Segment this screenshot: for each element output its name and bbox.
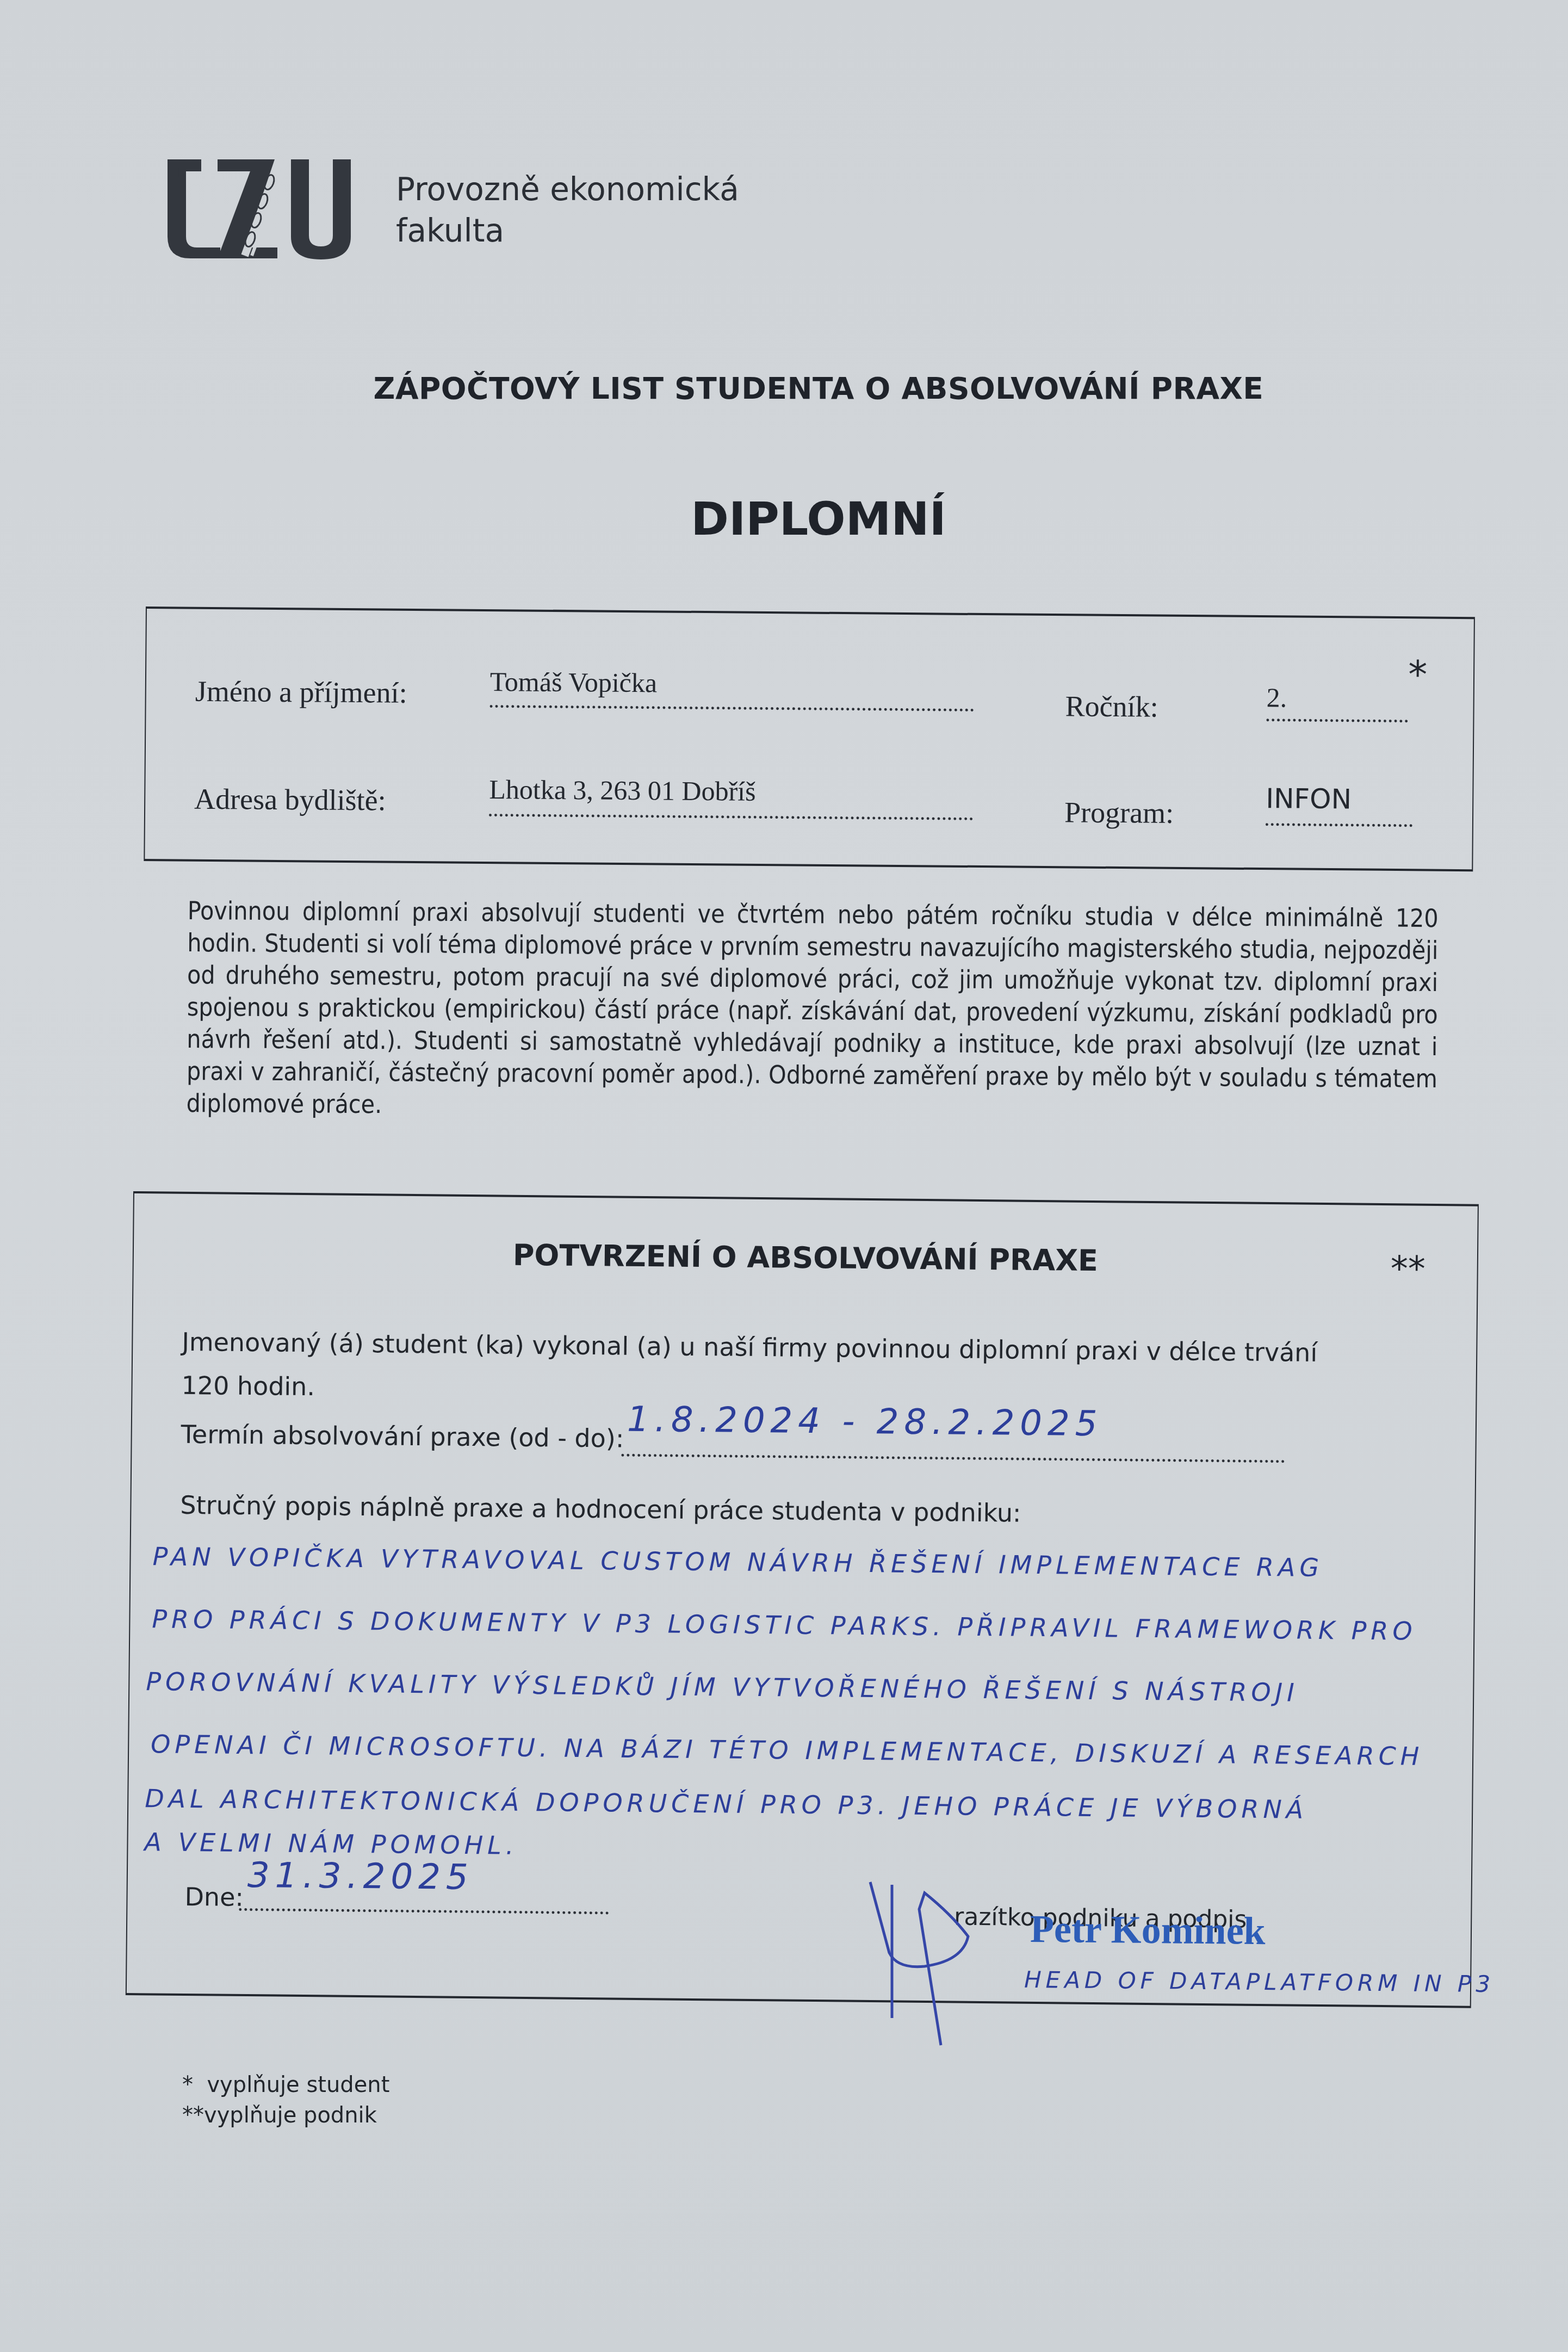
- description-line[interactable]: PRO PRÁCI S DOKUMENTY V P3 LOGISTIC PARK…: [152, 1604, 1417, 1645]
- faculty-line-2: fakulta: [396, 210, 739, 251]
- signer-title: HEAD OF DATAPLATFORM IN P3: [1024, 1966, 1495, 1997]
- company-fill-marker: **: [1390, 1249, 1426, 1290]
- practice-info-paragraph: Povinnou diplomní praxi absolvují studen…: [186, 895, 1438, 1127]
- company-stamp-name: Petr Kominek: [1030, 1907, 1266, 1954]
- date-dotted-line: [239, 1908, 609, 1915]
- program-dotted-line: [1266, 823, 1412, 827]
- faculty-name: Provozně ekonomická fakulta: [396, 169, 739, 251]
- year-value[interactable]: 2.: [1267, 682, 1287, 713]
- description-line[interactable]: PAN VOPIČKA VYTRAVOVAL CUSTOM NÁVRH ŘEŠE…: [152, 1542, 1323, 1582]
- document-page: Provozně ekonomická fakulta ZÁPOČTOVÝ LI…: [0, 0, 1568, 2352]
- program-label: Program:: [1064, 795, 1174, 830]
- student-info-box: Jméno a příjmení: Tomáš Vopička Ročník: …: [144, 606, 1475, 871]
- description-label: Stručný popis náplně praxe a hodnocení p…: [180, 1490, 1021, 1528]
- wheat-logo-icon: [163, 155, 370, 261]
- address-dotted-line: [489, 814, 973, 820]
- document-subtitle: DIPLOMNÍ: [0, 492, 1568, 546]
- confirmation-box: POTVRZENÍ O ABSOLVOVÁNÍ PRAXE ** Jmenova…: [126, 1191, 1479, 2008]
- year-label: Ročník:: [1065, 689, 1158, 723]
- name-dotted-line: [490, 705, 974, 711]
- footnote-student: * vyplňuje student: [182, 2070, 389, 2100]
- address-value[interactable]: Lhotka 3, 263 01 Dobříš: [489, 773, 756, 807]
- document-title: ZÁPOČTOVÝ LIST STUDENTA O ABSOLVOVÁNÍ PR…: [0, 371, 1568, 406]
- year-dotted-line: [1266, 719, 1408, 722]
- date-label: Dne:: [184, 1882, 244, 1912]
- description-line[interactable]: OPENAI ČI MICROSOFTU. NA BÁZI TÉTO IMPLE…: [151, 1729, 1424, 1771]
- address-label: Adresa bydliště:: [194, 782, 386, 818]
- signature-icon: [859, 1871, 1012, 2051]
- statement-line-1: Jmenovaný (á) student (ka) vykonal (a) u…: [182, 1327, 1317, 1367]
- footnote-company: **vyplňuje podnik: [182, 2100, 389, 2131]
- footnotes: * vyplňuje student **vyplňuje podnik: [182, 2070, 389, 2131]
- student-fill-marker: *: [1408, 652, 1428, 697]
- description-line[interactable]: POROVNÁNÍ KVALITY VÝSLEDKŮ JÍM VYTVOŘENÉ…: [146, 1667, 1299, 1707]
- description-line[interactable]: DAL ARCHITEKTONICKÁ DOPORUČENÍ PRO P3. J…: [145, 1784, 1307, 1824]
- date-value[interactable]: 31.3.2025: [247, 1855, 474, 1898]
- description-line[interactable]: A VELMI NÁM POMOHL.: [144, 1827, 518, 1860]
- confirmation-title: POTVRZENÍ O ABSOLVOVÁNÍ PRAXE: [134, 1234, 1477, 1282]
- program-value[interactable]: INFON: [1266, 783, 1352, 815]
- period-value[interactable]: 1.8.2024 - 28.2.2025: [627, 1400, 1103, 1444]
- period-label: Termín absolvování praxe (od - do):: [181, 1420, 624, 1453]
- faculty-line-1: Provozně ekonomická: [396, 169, 739, 210]
- period-dotted-line: [621, 1454, 1285, 1463]
- statement-line-2: 120 hodin.: [181, 1371, 315, 1401]
- czu-logo: [163, 155, 370, 261]
- name-value[interactable]: Tomáš Vopička: [490, 666, 658, 698]
- name-label: Jméno a příjmení:: [195, 674, 407, 710]
